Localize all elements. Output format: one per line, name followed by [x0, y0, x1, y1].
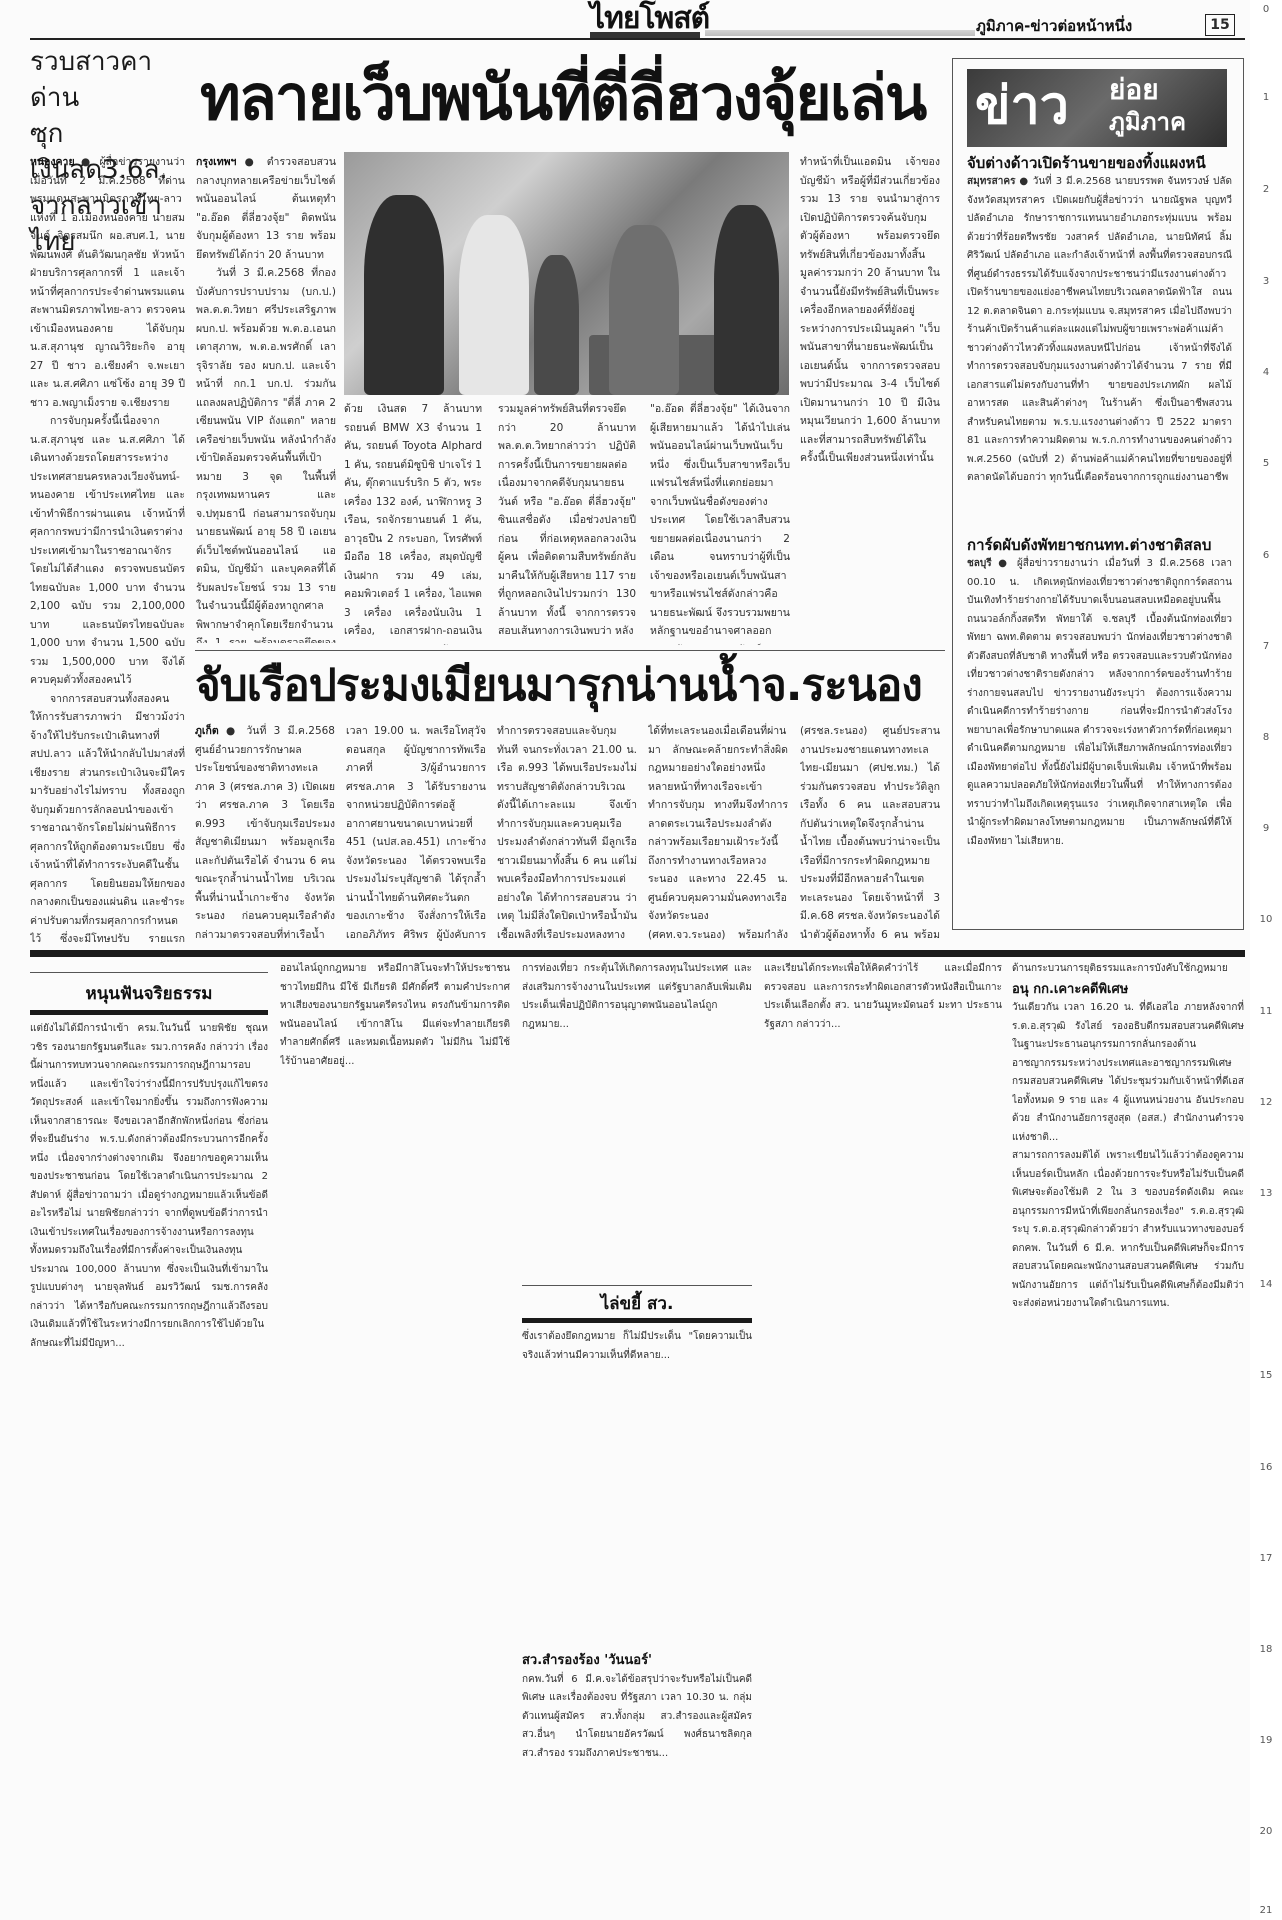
gambling-story-col4: "อ.อ๊อด ตี่ลี่ฮวงจุ้ย" ได้เงินจากผู้เสีย…: [650, 400, 790, 645]
ranong-story-col1: ภูเก็ต ● วันที่ 3 มี.ค.2568 ศูนย์อำนวยกา…: [195, 722, 335, 942]
paragraph: วันที่ 3 มี.ค.2568 นายบรรพต จันทรวงษ์ ปล…: [967, 176, 1232, 483]
ruler-mark: 6: [1250, 550, 1282, 561]
ruler-mark: 15: [1250, 1370, 1282, 1381]
photo-figure: [534, 255, 579, 395]
photo-figure: [609, 225, 679, 395]
ranong-story-col4: ได้ที่ทะเลระนองเมื่อเดือนที่ผ่านมา ลักษณ…: [648, 722, 788, 942]
sub-heading: ไล่ขยี้ สว.: [522, 1290, 752, 1317]
masthead-rule: [705, 30, 975, 36]
ethics-col1: แต่ยังไม่ได้มีการนำเข้า ครม.ในวันนี้ นาย…: [30, 1020, 268, 1915]
ruler-mark: 17: [1250, 1553, 1282, 1564]
ruler-mark: 4: [1250, 367, 1282, 378]
photo-figure: [364, 195, 444, 395]
raid-photo: [344, 152, 789, 395]
page-number: 15: [1205, 14, 1235, 36]
divider: [30, 972, 268, 973]
top-rule: [30, 38, 1245, 40]
ruler-mark: 11: [1250, 1006, 1282, 1017]
ruler-mark: 14: [1250, 1279, 1282, 1290]
ranong-story-headline: จับเรือประมงเมียนมารุกน่านน้ำจ.ระนอง: [195, 652, 945, 720]
ruler-mark: 10: [1250, 914, 1282, 925]
sub-heading: อนุ กก.เคาะคดีพิเศษ: [1012, 981, 1244, 1000]
dateline: ชลบุรี: [967, 558, 992, 569]
paragraph: ผู้สื่อข่าวรายงานว่า เมื่อวันที่ 3 มี.ค.…: [967, 558, 1232, 847]
ruler-mark: 21: [1250, 1905, 1282, 1916]
ruler-mark: 9: [1250, 823, 1282, 834]
section-divider: [30, 950, 1245, 957]
ruler-mark: 20: [1250, 1826, 1282, 1837]
paragraph: จากการสอบสวนทั้งสองคนให้การรับสารภาพว่า …: [30, 690, 185, 944]
gambling-story-col3: รวมมูลค่าทรัพย์สินที่ตรวจยึดกว่า 20 ล้าน…: [498, 400, 636, 645]
ethics-col3c: สว.สำรองร้อง 'วันนอร์' กคพ.วันที่ 6 มี.ค…: [522, 1650, 752, 1915]
page-ruler: 0 1 2 3 4 5 6 7 8 9 10 11 12 13 14 15 16…: [1250, 0, 1282, 1920]
paragraph: กคพ.วันที่ 6 มี.ค.จะได้ข้อสรุปว่าจะรับหร…: [522, 1674, 752, 1759]
ruler-mark: 7: [1250, 641, 1282, 652]
masthead: ไทยโพสต์ ภูมิภาค-ข่าวต่อหน้าหนึ่ง 15: [30, 0, 1245, 40]
brief-body: สมุทรสาคร ● วันที่ 3 มี.ค.2568 นายบรรพต …: [967, 173, 1232, 523]
ruler-mark: 12: [1250, 1097, 1282, 1108]
newspaper-logo: ไทยโพสต์: [590, 4, 709, 34]
ruler-mark: 13: [1250, 1188, 1282, 1199]
paragraph: การจับกุมครั้งนี้เนื่องจาก น.ส.สุภานุช แ…: [30, 412, 185, 690]
sub-heading: สว.สำรองร้อง 'วันนอร์': [522, 1652, 752, 1671]
ranong-story-col2: เวลา 19.00 น. พลเรือโทสุวัจ ดอนสกุล ผู้บ…: [346, 722, 486, 942]
photo-figure: [459, 215, 529, 395]
paragraph: ตำรวจสอบสวนกลางบุกทลายเครือข่ายเว็บไซต์พ…: [196, 156, 336, 261]
ruler-mark: 16: [1250, 1462, 1282, 1473]
photo-figure: [714, 205, 779, 395]
brief-body: ชลบุรี ● ผู้สื่อข่าวรายงานว่า เมื่อวันที…: [967, 555, 1232, 925]
ruler-mark: 19: [1250, 1735, 1282, 1746]
ethics-col3b: ซึ่งเราต้องยึดกฎหมาย ก็ไม่มีประเด็น "โดย…: [522, 1328, 752, 1648]
ranong-story-col3: ทำการตรวจสอบและจับกุมทันที จนกระทั่งเวลา…: [497, 722, 637, 942]
gambling-story-col2: ด้วย เงินสด 7 ล้านบาท รถยนต์ BMW X3 จำนว…: [344, 400, 482, 645]
dateline: ภูเก็ต: [195, 725, 219, 737]
ruler-mark: 5: [1250, 458, 1282, 469]
divider: [522, 1285, 752, 1286]
banner-subtitle: ย่อย: [1109, 73, 1159, 107]
ruler-mark: 1: [1250, 92, 1282, 103]
paragraph: วันเดียวกัน เวลา 16.20 น. ที่ดีเอสไอ ภาย…: [1012, 1002, 1244, 1143]
ethics-col4: และเรียนได้กระทะเพื่อให้คิดคำว่าไร้ และเ…: [764, 960, 1002, 1915]
regional-briefs-box: ข่าว ย่อย ภูมิภาค จับต่างด้าวเปิดร้านขาย…: [952, 58, 1244, 930]
ruler-mark: 18: [1250, 1644, 1282, 1655]
paragraph: ผู้สื่อข่าวรายงานว่า เมื่อวันที่ 2 มี.ค.…: [30, 156, 185, 409]
section-label: ภูมิภาค-ข่าวต่อหน้าหนึ่ง: [976, 14, 1132, 38]
gambling-story-headline: ทลายเว็บพนันที่ตี่ลี่ฮวงจุ้ยเล่น: [200, 44, 940, 152]
gambling-story-col5: ทำหน้าที่เป็นแอดมิน เจ้าของบัญชีม้า หรือ…: [800, 153, 940, 643]
laos-story-body: หนองคาย ● ผู้สื่อข่าวรายงานว่า เมื่อวันท…: [30, 153, 185, 943]
newspaper-page: ไทยโพสต์ ภูมิภาค-ข่าวต่อหน้าหนึ่ง 15 รวบ…: [0, 0, 1250, 1920]
ruler-mark: 3: [1250, 276, 1282, 287]
paragraph: วันที่ 3 มี.ค.2568 ที่กองบังคับการปราบปร…: [196, 264, 336, 643]
ruler-mark: 8: [1250, 732, 1282, 743]
briefs-banner: ข่าว ย่อย ภูมิภาค: [967, 69, 1227, 147]
dateline: กรุงเทพฯ: [196, 156, 236, 168]
column-heading: หนุนฟันจริยธรรม: [30, 980, 268, 1007]
heading-rule: [30, 1010, 268, 1015]
ethics-col3: การท่องเที่ยว กระตุ้นให้เกิดการลงทุนในปร…: [522, 960, 752, 1275]
paragraph: วันที่ 3 มี.ค.2568 ศูนย์อำนวยการรักษาผลป…: [195, 725, 335, 942]
ruler-mark: 0: [1250, 4, 1282, 15]
ethics-col2: ออนไลน์ถูกกฎหมาย หรือมีกาสิโนจะทำให้ประช…: [280, 960, 510, 1915]
gambling-story-col1: กรุงเทพฯ ● ตำรวจสอบสวนกลางบุกทลายเครือข่…: [196, 153, 336, 643]
heading-rule: [522, 1318, 752, 1323]
ruler-mark: 2: [1250, 184, 1282, 195]
ethics-col5: ด้านกระบวนการยุติธรรมและการบังคับใช้กฎหม…: [1012, 960, 1244, 1915]
banner-subtitle: ภูมิภาค: [1109, 107, 1186, 137]
ranong-story-col5: (ศรชล.ระนอง) ศูนย์ประสานงานประมงชายแดนทา…: [800, 722, 940, 942]
headline-line: รวบสาวคาด่าน: [30, 44, 195, 116]
dateline: หนองคาย: [30, 156, 75, 168]
brief-title: จับต่างด้าวเปิดร้านขายของทิ้งแผงหนี: [967, 151, 1232, 175]
paragraph: สามารถการลงมติได้ เพราะเขียนไว้แล้วว่าต้…: [1012, 1147, 1244, 1314]
banner-title: ข่าว: [975, 71, 1069, 141]
brief-title: การ์ดผับดังพัทยาชกนทท.ต่างชาติสลบ: [967, 533, 1232, 557]
divider: [195, 650, 945, 651]
paragraph: ด้านกระบวนการยุติธรรมและการบังคับใช้กฎหม…: [1012, 963, 1228, 974]
dateline: สมุทรสาคร: [967, 176, 1015, 187]
